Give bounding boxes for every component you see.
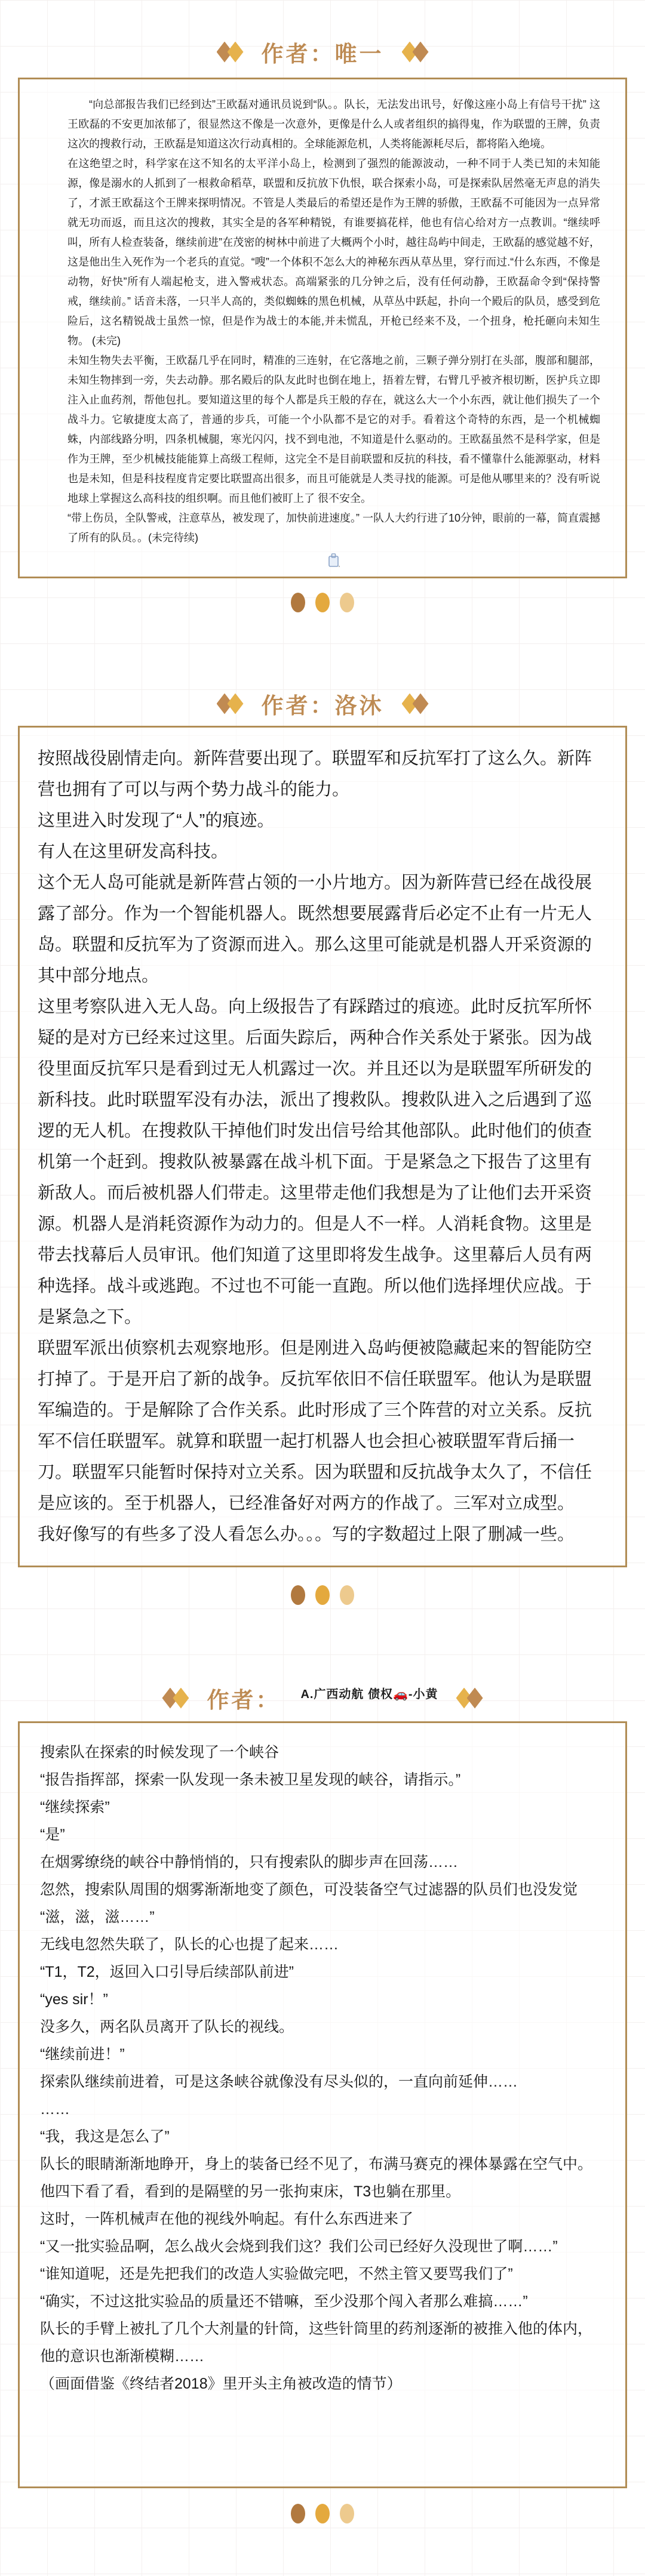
story-paragraph: 队长的手臂上被扎了几个大剂量的针筒，这些针筒里的药剂逐渐的被推入他的体内，他的意… (40, 2315, 605, 2370)
dot (340, 1585, 354, 1605)
story-box-1: “向总部报告我们已经到达”王欧磊对通讯员说到“队。。队长，无法发出讯号，好像这座… (18, 78, 627, 578)
author-title: 作者： (207, 1682, 280, 1714)
diamond-icon (413, 42, 429, 63)
dot (291, 593, 305, 612)
author-title: 作者：洛沐 (262, 688, 384, 720)
diamond-icon (467, 1688, 483, 1709)
story-paragraph: “带上伤员，全队警戒，注意草丛，被发现了，加快前进速度。” 一队人大约行进了10… (67, 509, 600, 548)
diamond-pair-left (217, 694, 244, 714)
dot (291, 1585, 305, 1605)
diamond-icon (173, 1688, 189, 1709)
diamond-icon (228, 694, 244, 714)
diamond-pair-right (402, 42, 429, 63)
story-paragraph: 队长的眼睛渐渐地睁开，身上的装备已经不见了，布满马赛克的裸体暴露在空气中。 (40, 2150, 605, 2178)
story-paragraph: “T1，T2，返回入口引导后续部队前进” (40, 1958, 605, 1986)
story-paragraph: 这里考察队进入无人岛。向上级报告了有踩踏过的痕迹。此时反抗军所怀疑的是对方已经来… (38, 991, 607, 1333)
dot (315, 1585, 330, 1605)
story-paragraph: 未知生物失去平衡，王欧磊几乎在同时，精准的三连射，在它落地之前，三颗子弹分别打在… (67, 351, 600, 509)
story-paragraph: “确实，不过这批实验品的质量还不错嘛，至少没那个闯入者那么难搞……” (40, 2288, 605, 2315)
diamond-pair-left (162, 1688, 189, 1709)
story-paragraph: 探索队继续前进着，可是这条峡谷就像没有尽头似的，一直向前延伸…… (40, 2068, 605, 2096)
story-paragraph: “我，我这是怎么了” (40, 2123, 605, 2150)
story-paragraph: 忽然，搜索队周围的烟雾渐渐地变了颜色，可没装备空气过滤器的队员们也没发觉 (40, 1876, 605, 1903)
dots-separator (0, 2504, 645, 2523)
story-paragraph: “yes sir！” (40, 1986, 605, 2013)
author-header-1: 作者：唯一 (0, 38, 645, 66)
story-paragraph: …… (40, 2096, 605, 2123)
diamond-icon (413, 694, 429, 714)
author-header-2: 作者：洛沐 (0, 690, 645, 717)
story-paragraph: 这时，一阵机械声在他的视线外响起。有什么东西进来了 (40, 2205, 605, 2233)
dots-separator (0, 1585, 645, 1605)
story-box-3: 搜索队在探索的时候发现了一个峡谷 “报告指挥部，探索一队发现一条未被卫星发现的峡… (18, 1721, 627, 2488)
story-paragraph: 无线电忽然失联了，队长的心也提了起来…… (40, 1931, 605, 1958)
story-paragraph: “继续前进！” (40, 2041, 605, 2068)
diamond-pair-right (402, 694, 429, 714)
story-paragraph: （画面借鉴《终结者2018》里开头主角被改造的情节） (40, 2370, 605, 2398)
story-paragraph: 这里进入时发现了“人”的痕迹。 (38, 805, 607, 836)
story-paragraph: 我好像写的有些多了没人看怎么办。。。写的字数超过上限了删减一些。 (38, 1519, 607, 1550)
author-header-3: 作者： A.广西动航 债权🚗-小黄 (0, 1684, 645, 1712)
story-paragraph: 他四下看了看，看到的是隔壁的另一张拘束床，T3也躺在那里。 (40, 2178, 605, 2205)
story-paragraph: 在这绝望之时，科学家在这不知名的太平洋小岛上，检测到了强烈的能源波动，一种不同于… (67, 154, 600, 351)
story-paragraph: “报告指挥部，探索一队发现一条未被卫星发现的峡谷，请指示。” (40, 1766, 605, 1794)
story-paragraph: 在烟雾缭绕的峡谷中静悄悄的，只有搜索队的脚步声在回荡…… (40, 1848, 605, 1876)
diamond-pair-right (456, 1688, 483, 1709)
dot (315, 2504, 330, 2523)
dot (340, 2504, 354, 2523)
story-paragraph: “滋，滋，滋……” (40, 1903, 605, 1931)
dot (315, 593, 330, 612)
story-paragraph: “继续探索” (40, 1794, 605, 1821)
dot (340, 593, 354, 612)
story-paragraph: “是” (40, 1821, 605, 1848)
story-paragraph: 搜索队在探索的时候发现了一个峡谷 (40, 1739, 605, 1766)
story-paragraph: “向总部报告我们已经到达”王欧磊对通讯员说到“队。。队长，无法发出讯号，好像这座… (67, 95, 600, 154)
story-paragraph: 按照战役剧情走向。新阵营要出现了。联盟军和反抗军打了这么久。新阵营也拥有了可以与… (38, 743, 607, 805)
story-paragraph: “又一批实验品啊，怎么战火会烧到我们这？我们公司已经好久没现世了啊……” (40, 2233, 605, 2260)
diamond-icon (228, 42, 244, 63)
author-name-small: A.广西动航 债权🚗-小黄 (300, 1684, 438, 1702)
story-paragraph: 有人在这里研发高科技。 (38, 836, 607, 867)
story-paragraph: “谁知道呢，还是先把我们的改造人实验做完吧，不然主管又要骂我们了” (40, 2260, 605, 2288)
diamond-pair-left (217, 42, 244, 63)
story-paragraph: 联盟军派出侦察机去观察地形。但是刚进入岛屿便被隐藏起来的智能防空打掉了。于是开启… (38, 1333, 607, 1519)
story-box-2: 按照战役剧情走向。新阵营要出现了。联盟军和反抗军打了这么久。新阵营也拥有了可以与… (18, 726, 627, 1567)
story-paragraph: 这个无人岛可能就是新阵营占领的一小片地方。因为新阵营已经在战役展露了部分。作为一… (38, 867, 607, 991)
story-paragraph: 没多久，两名队员离开了队长的视线。 (40, 2013, 605, 2041)
page-background: { "sections": [ { "title": "作者：唯一", "par… (0, 0, 645, 2576)
author-title: 作者：唯一 (262, 36, 384, 68)
attachment-icon (327, 553, 340, 568)
dots-separator (0, 593, 645, 612)
dot (291, 2504, 305, 2523)
attachment-icon-row (67, 553, 600, 568)
